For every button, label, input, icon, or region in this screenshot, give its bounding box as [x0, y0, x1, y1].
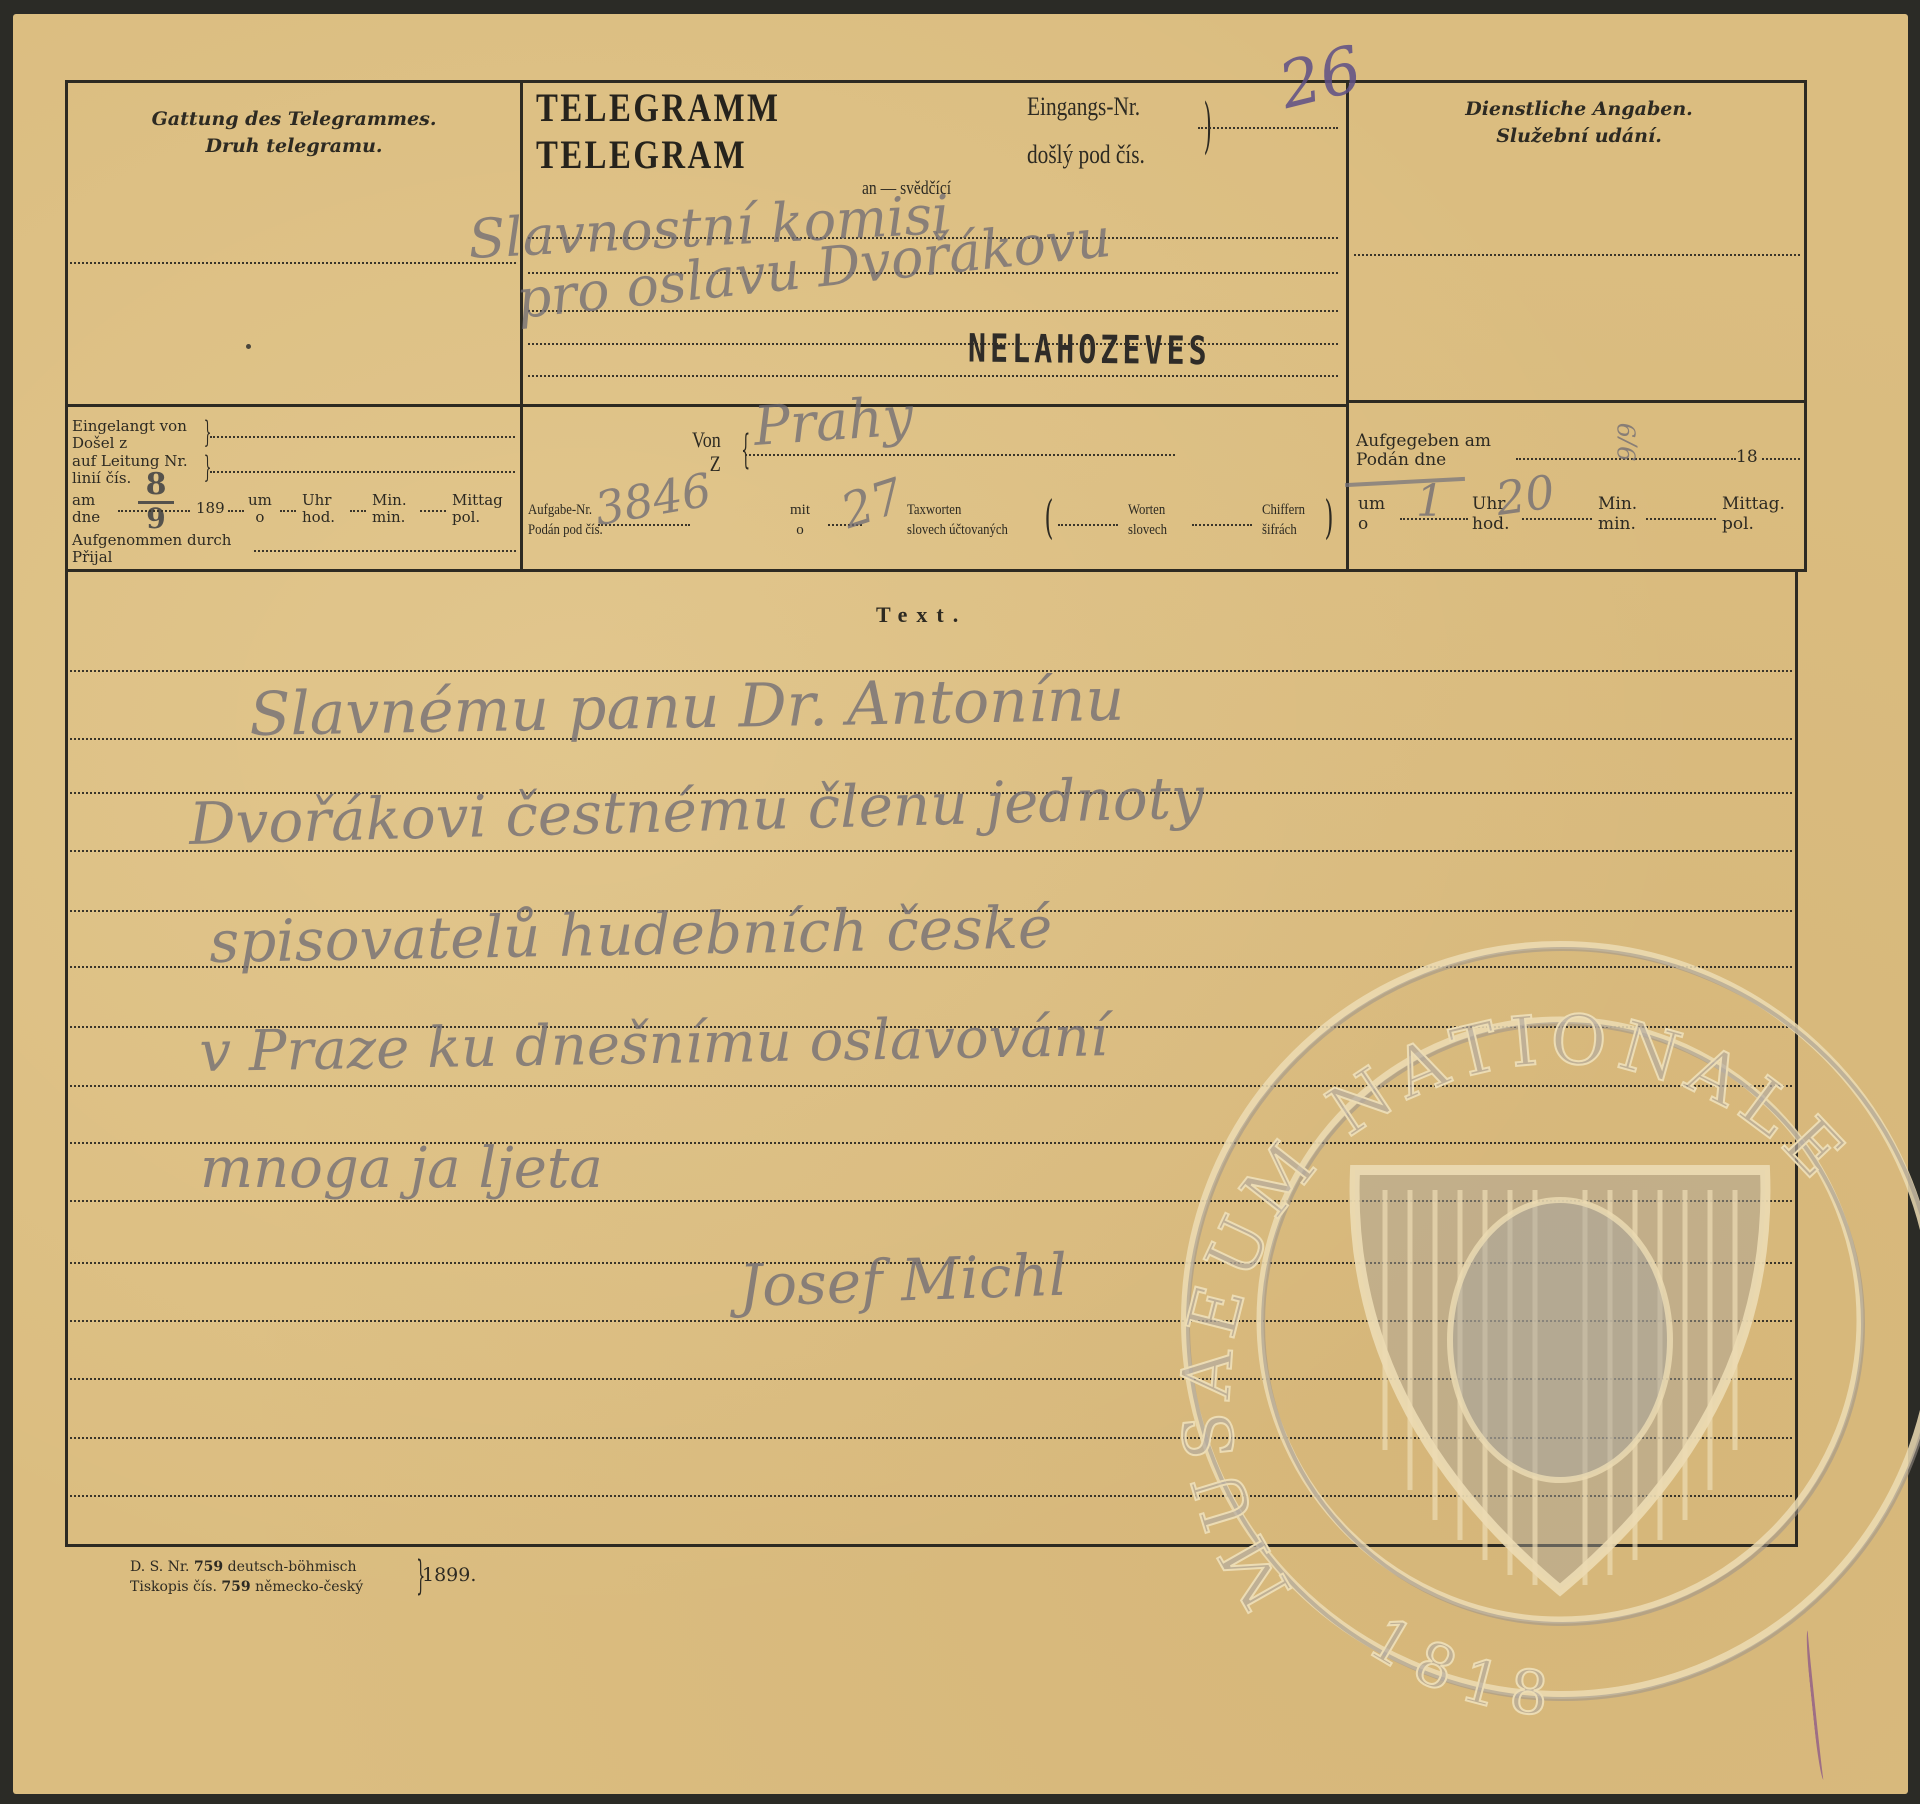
form-lang-de: deutsch-böhmisch	[228, 1559, 357, 1575]
submitted-at-cz: o	[1358, 514, 1385, 534]
hour-field[interactable]	[350, 510, 366, 512]
noon-label: Mittag pol.	[452, 492, 503, 526]
entry-number-label-cz: došlý pod čís.	[1027, 140, 1145, 170]
cipher-cz: šifrách	[1262, 520, 1305, 540]
year-prefix: 189	[196, 500, 225, 517]
kind-label-de: Gattung des Telegrammes.	[68, 106, 520, 133]
with-cz: o	[790, 520, 810, 540]
from-field[interactable]	[745, 454, 1175, 456]
official-notes-label: Dienstliche Angaben. Služební udání.	[1350, 96, 1808, 150]
cipher-label: Chiffern šifrách	[1262, 500, 1305, 540]
with-de: mit	[790, 500, 810, 520]
date-field[interactable]	[118, 510, 190, 512]
form-lang-cz: německo-český	[255, 1579, 363, 1595]
text-line-13[interactable]	[70, 1378, 1792, 1380]
submitted-at-label: um o	[1358, 494, 1385, 534]
from-de: Von	[692, 428, 721, 452]
text-heading: Text.	[876, 602, 967, 628]
taken-by-de: Aufgenommen durch	[72, 532, 231, 549]
submitted-noon-label: Mittag. pol.	[1722, 494, 1785, 534]
message-line-5: mnoga ja ljeta	[200, 1136, 603, 1201]
form-no-prefix-cz: Tiskopis čís.	[130, 1579, 217, 1595]
received-from-cz: Došel z	[72, 435, 127, 452]
tax-words-label: Taxworten slovech účtovaných	[907, 500, 1008, 540]
received-from-field[interactable]	[210, 436, 515, 438]
words-cz: slovech	[1128, 520, 1167, 540]
kind-of-telegram-label: Gattung des Telegrammes. Druh telegramu.	[68, 106, 520, 160]
line-no-de: auf Leitung Nr.	[72, 453, 188, 470]
year-field[interactable]	[228, 510, 244, 512]
official-notes-de: Dienstliche Angaben.	[1350, 96, 1808, 123]
submitted-hour-handwritten: 1	[1416, 476, 1444, 527]
title-telegram: TELEGRAM	[536, 133, 747, 177]
submitted-year-prefix: 18	[1736, 447, 1758, 467]
minute-field[interactable]	[420, 510, 446, 512]
entry-number-field[interactable]	[1198, 127, 1338, 129]
submitted-date-handwritten: 9/9	[1613, 423, 1641, 462]
title-telegramm: TELEGRAMM	[536, 86, 780, 130]
form-no-de: 759	[194, 1559, 223, 1575]
text-line-12[interactable]	[70, 1320, 1792, 1322]
official-notes-field[interactable]	[1354, 254, 1800, 256]
with-label: mit o	[790, 500, 810, 540]
submitted-noon-cz: pol.	[1722, 514, 1785, 534]
at-de: um	[248, 492, 272, 509]
signature: Josef Michl	[738, 1241, 1069, 1320]
line-no-brace: }	[204, 455, 212, 481]
ink-dot	[246, 344, 251, 349]
from-handwritten: Prahy	[752, 384, 916, 458]
hour-cz: hod.	[302, 509, 335, 526]
noon-cz: pol.	[452, 509, 503, 526]
form-number-line-1: D. S. Nr. 759 deutsch-böhmisch	[130, 1558, 357, 1576]
header-row-divider-mid	[520, 404, 1348, 407]
submitted-minute-handwritten: 20	[1492, 464, 1557, 526]
line-no-field[interactable]	[210, 471, 515, 473]
taken-by-field[interactable]	[254, 550, 516, 552]
entry-number-label-de: Eingangs-Nr.	[1027, 92, 1140, 122]
submitted-min-cz: min.	[1598, 514, 1637, 534]
place-stamp: NELAHOZEVES	[968, 326, 1211, 374]
taken-by-cz: Přijal	[72, 549, 112, 566]
submitted-label: Aufgegeben am Podán dne	[1356, 432, 1491, 470]
line-no-cz: linií čís.	[72, 470, 131, 487]
form-no-prefix-de: D. S. Nr.	[130, 1559, 189, 1575]
submitted-min-field[interactable]	[1646, 518, 1716, 520]
submitted-min-label: Min. min.	[1598, 494, 1637, 534]
addressee-line-5[interactable]	[528, 375, 1338, 377]
kind-of-telegram-field[interactable]	[70, 262, 516, 264]
hour-de: Uhr	[302, 492, 335, 509]
from-brace: {	[741, 430, 750, 470]
tax-words-de: Taxworten	[907, 500, 1008, 520]
official-notes-cz: Služební udání.	[1350, 123, 1808, 150]
cipher-field[interactable]	[1192, 524, 1252, 526]
min-cz: min.	[372, 509, 407, 526]
submitted-year-field[interactable]	[1762, 458, 1800, 460]
addressee-line-4[interactable]	[528, 343, 1338, 345]
submitted-de: Aufgegeben am	[1356, 432, 1491, 451]
min-de: Min.	[372, 492, 407, 509]
received-from-de: Eingelangt von	[72, 418, 187, 435]
submitted-cz: Podán dne	[1356, 451, 1491, 470]
filing-no-label: Aufgabe-Nr. Podán pod čís.	[528, 500, 603, 540]
cipher-de: Chiffern	[1262, 500, 1305, 520]
received-from-brace: }	[204, 420, 212, 446]
tax-words-open-paren: (	[1044, 494, 1053, 540]
at-cz: o	[248, 509, 272, 526]
filing-no-cz: Podán pod čís.	[528, 520, 603, 540]
text-line-14[interactable]	[70, 1437, 1792, 1439]
entry-number-brace: )	[1204, 96, 1212, 156]
hour-label: Uhr hod.	[302, 492, 335, 526]
submitted-min-de: Min.	[1598, 494, 1637, 514]
header-row-divider-left	[65, 404, 522, 407]
tax-words-close-paren: )	[1324, 494, 1333, 540]
noon-de: Mittag	[452, 492, 503, 509]
form-number-line-2: Tiskopis čís. 759 německo-český	[130, 1578, 363, 1596]
at-label: um o	[248, 492, 272, 526]
words-label: Worten slovech	[1128, 500, 1167, 540]
date-label-de: am	[72, 492, 95, 509]
text-line-8[interactable]	[70, 1085, 1792, 1087]
form-year: 1899.	[422, 1564, 476, 1586]
submitted-at-de: um	[1358, 494, 1385, 514]
header-row-divider-right	[1346, 400, 1807, 403]
header-divider-right	[1346, 80, 1349, 572]
words-de: Worten	[1128, 500, 1167, 520]
submitted-noon-de: Mittag.	[1722, 494, 1785, 514]
tax-words-cz: slovech účtovaných	[907, 520, 1008, 540]
filing-no-de: Aufgabe-Nr.	[528, 500, 603, 520]
date-stamp: 8 9	[138, 470, 174, 533]
date-label-cz: dne	[72, 509, 100, 526]
date-stamp-day: 8	[138, 470, 174, 500]
form-no-cz: 759	[221, 1579, 250, 1595]
kind-label-cz: Druh telegramu.	[68, 133, 520, 160]
words-field[interactable]	[1058, 524, 1118, 526]
at-field[interactable]	[280, 510, 296, 512]
minute-label: Min. min.	[372, 492, 407, 526]
text-line-15[interactable]	[70, 1495, 1792, 1497]
